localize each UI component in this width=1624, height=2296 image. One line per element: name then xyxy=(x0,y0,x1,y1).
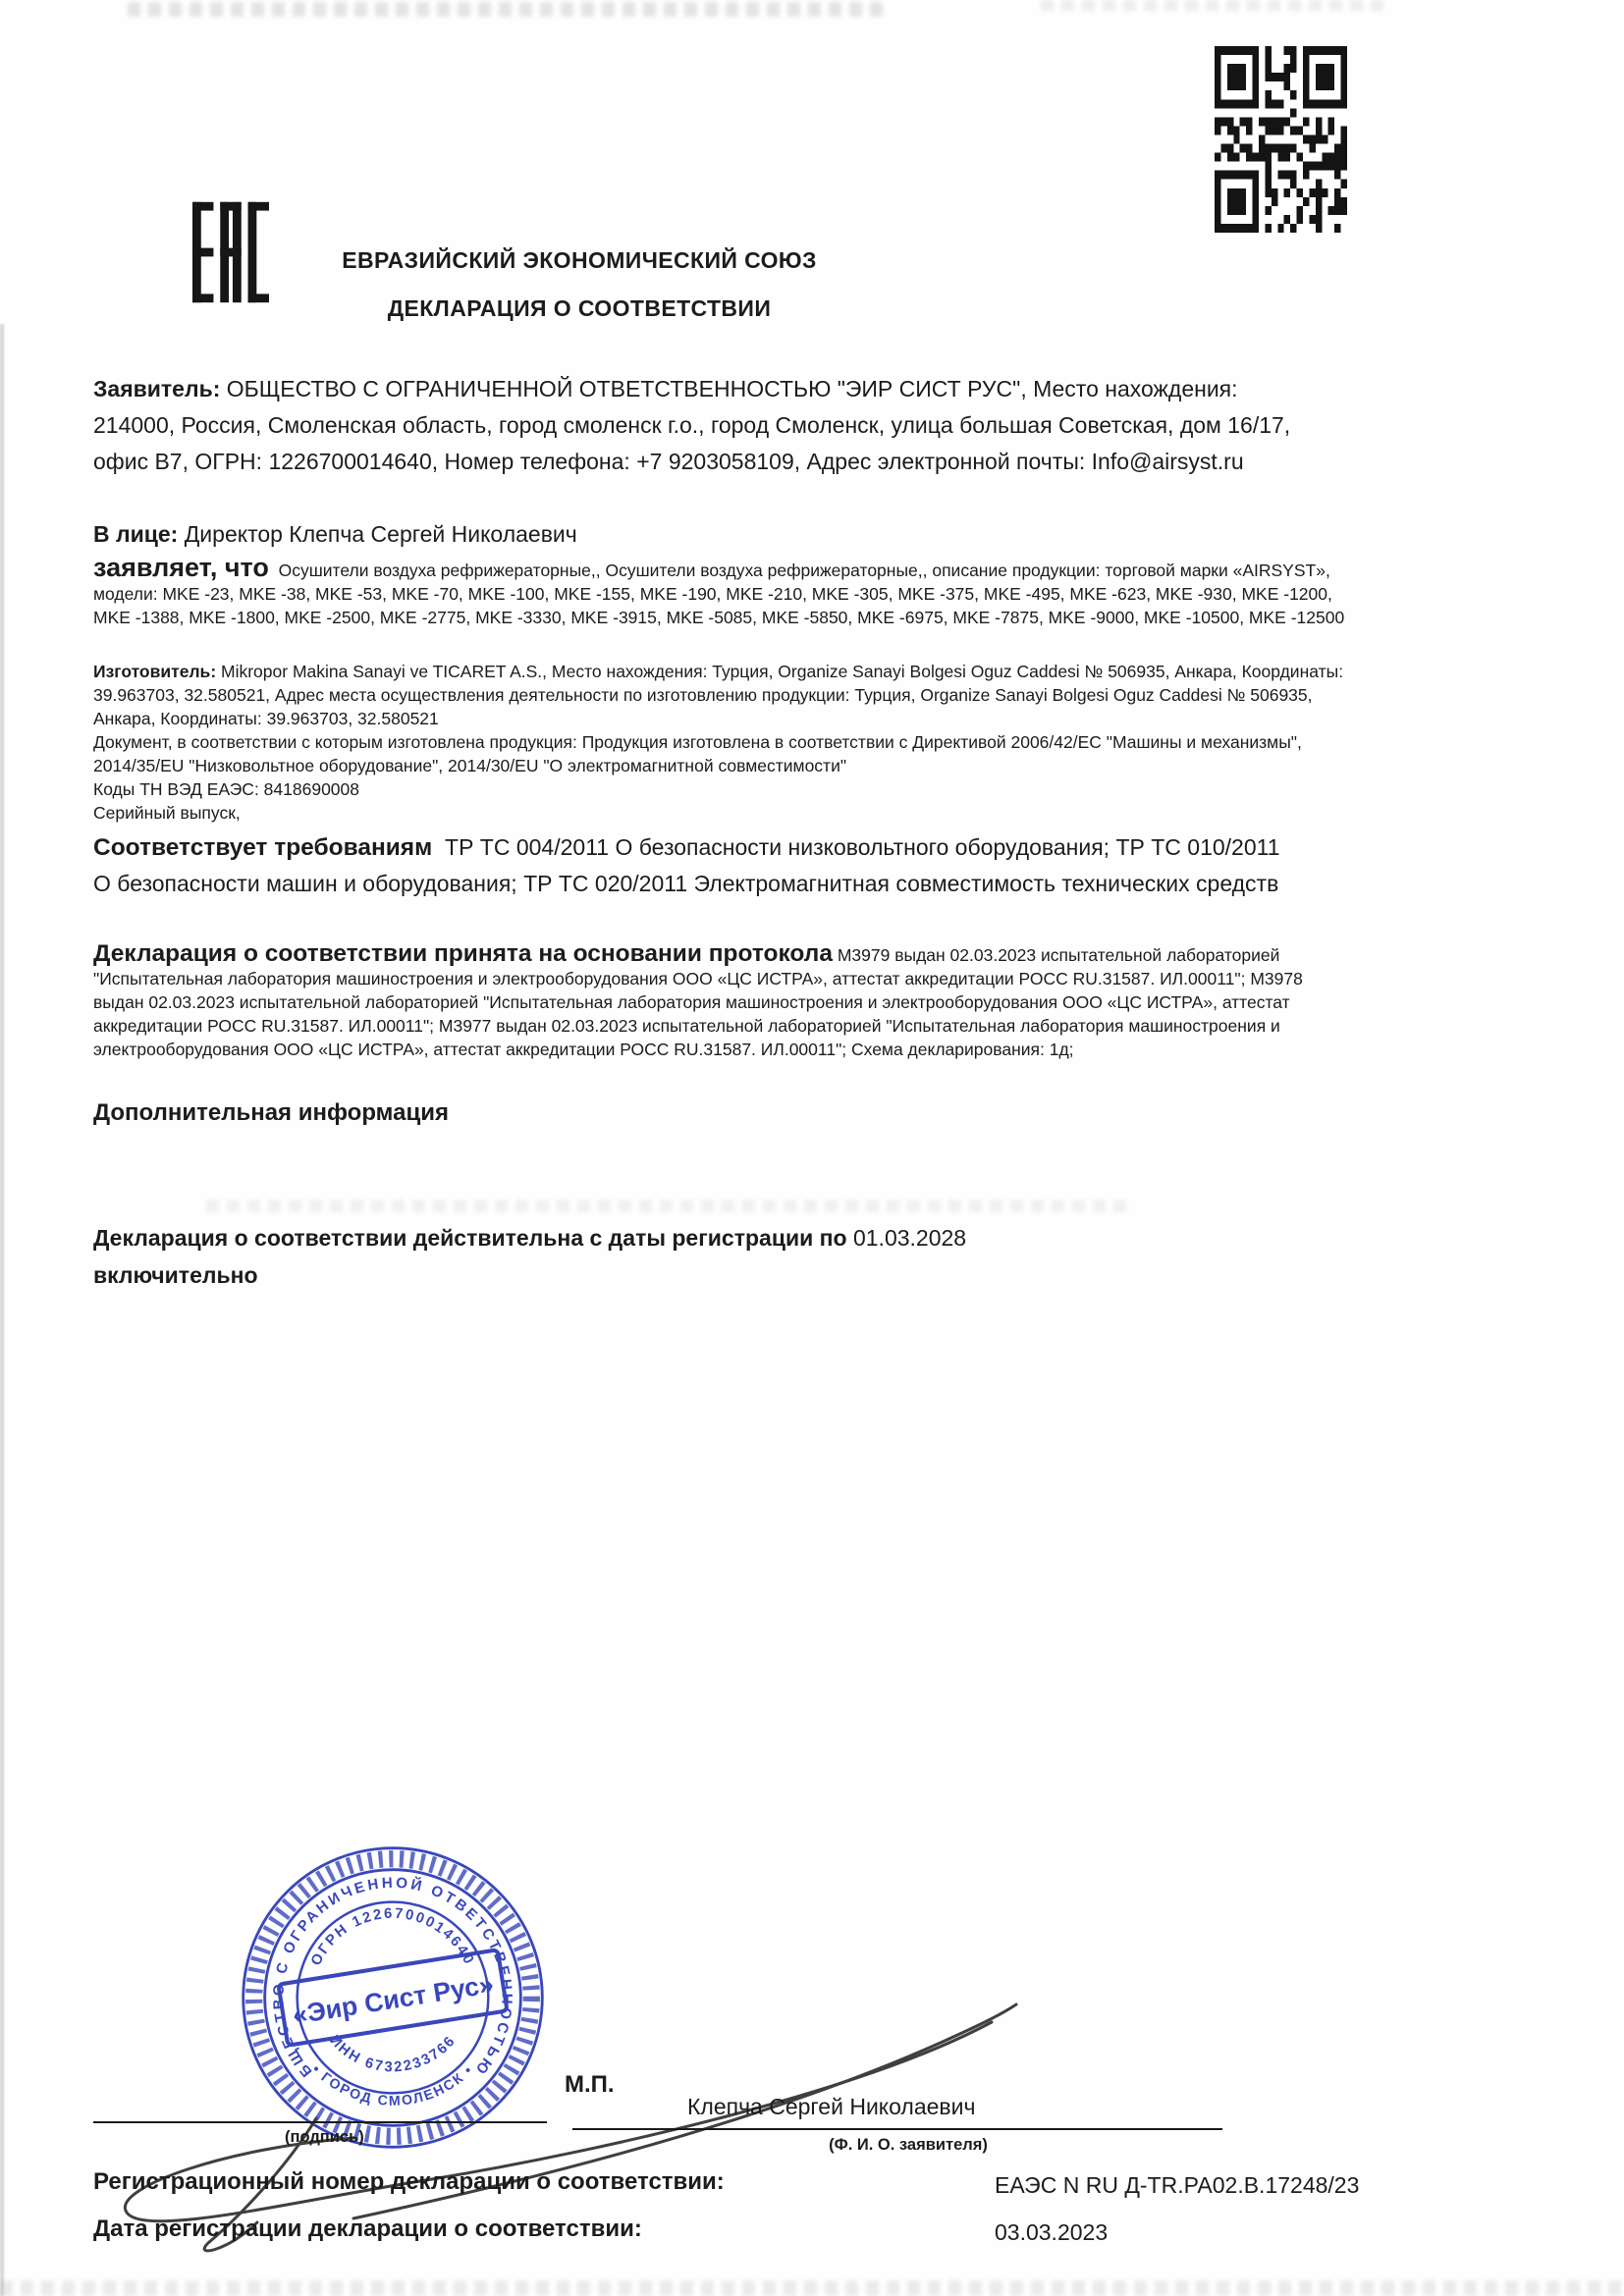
scan-artifact xyxy=(128,2,884,17)
declares-paragraph: заявляет, что Осушители воздуха рефрижер… xyxy=(93,556,1355,629)
product-description: Осушители воздуха рефрижераторные,, Осуш… xyxy=(93,561,1344,627)
serial-release-line: Серийный выпуск, xyxy=(93,801,1355,825)
person-paragraph: В лице: Директор Клепча Сергей Николаеви… xyxy=(93,516,1299,553)
tnved-codes-line: Коды ТН ВЭД ЕАЭС: 8418690008 xyxy=(93,777,1355,801)
document-title: ДЕКЛАРАЦИЯ О СООТВЕТСТВИИ xyxy=(226,295,933,322)
applicant-full-name: Клепча Сергей Николаевич xyxy=(687,2094,975,2120)
compliance-label: Соответствует требованиям xyxy=(93,834,432,861)
manufacture-document-line: Документ, в соответствии с которым изгот… xyxy=(93,730,1355,777)
name-caption: (Ф. И. О. заявителя) xyxy=(731,2136,1085,2155)
applicant-paragraph: Заявитель: ОБЩЕСТВО С ОГРАНИЧЕННОЙ ОТВЕТ… xyxy=(93,371,1299,480)
manufacturer-text: Mikropor Makina Sanayi ve TICARET A.S., … xyxy=(93,662,1343,728)
registration-date-value: 03.03.2023 xyxy=(995,2219,1108,2246)
scan-artifact xyxy=(0,324,4,2296)
applicant-label: Заявитель: xyxy=(93,376,220,401)
validity-paragraph: Декларация о соответствии действительна … xyxy=(93,1219,1299,1294)
declares-label: заявляет, что xyxy=(93,553,269,582)
signature-caption: (подпись) xyxy=(285,2128,364,2147)
declaration-document: ЕВРАЗИЙСКИЙ ЭКОНОМИЧЕСКИЙ СОЮЗ ДЕКЛАРАЦИ… xyxy=(0,0,1624,2296)
validity-label: Декларация о соответствии действительна … xyxy=(93,1225,847,1251)
person-label: В лице: xyxy=(93,521,178,547)
registration-date-label: Дата регистрации декларации о соответств… xyxy=(93,2216,642,2243)
scan-artifact xyxy=(206,1200,1129,1212)
validity-date: 01.03.2028 xyxy=(853,1225,966,1251)
manufacturer-paragraph: Изготовитель: Mikropor Makina Sanayi ve … xyxy=(93,660,1355,730)
registration-number-value: ЕАЭС N RU Д-TR.РА02.В.17248/23 xyxy=(995,2172,1359,2199)
additional-info-heading: Дополнительная информация xyxy=(93,1099,449,1127)
scan-artifact xyxy=(0,2280,1624,2296)
signature-line xyxy=(93,2121,547,2123)
validity-suffix: включительно xyxy=(93,1262,258,1288)
registration-number-label: Регистрационный номер декларации о соотв… xyxy=(93,2168,725,2196)
scan-artifact xyxy=(1041,0,1384,11)
compliance-paragraph: Соответствует требованиям ТР ТС 004/2011… xyxy=(93,829,1299,902)
person-text: Директор Клепча Сергей Николаевич xyxy=(185,521,577,547)
stamp-place-label: М.П. xyxy=(565,2071,615,2099)
basis-label: Декларация о соответствии принята на осн… xyxy=(93,940,833,967)
manufacturer-label: Изготовитель: xyxy=(93,662,216,681)
basis-paragraph: Декларация о соответствии принята на осн… xyxy=(93,942,1355,1061)
applicant-text: ОБЩЕСТВО С ОГРАНИЧЕННОЙ ОТВЕТСТВЕННОСТЬЮ… xyxy=(93,376,1290,474)
union-title: ЕВРАЗИЙСКИЙ ЭКОНОМИЧЕСКИЙ СОЮЗ xyxy=(226,247,933,274)
qr-code xyxy=(1215,46,1347,233)
name-line xyxy=(572,2128,1222,2130)
